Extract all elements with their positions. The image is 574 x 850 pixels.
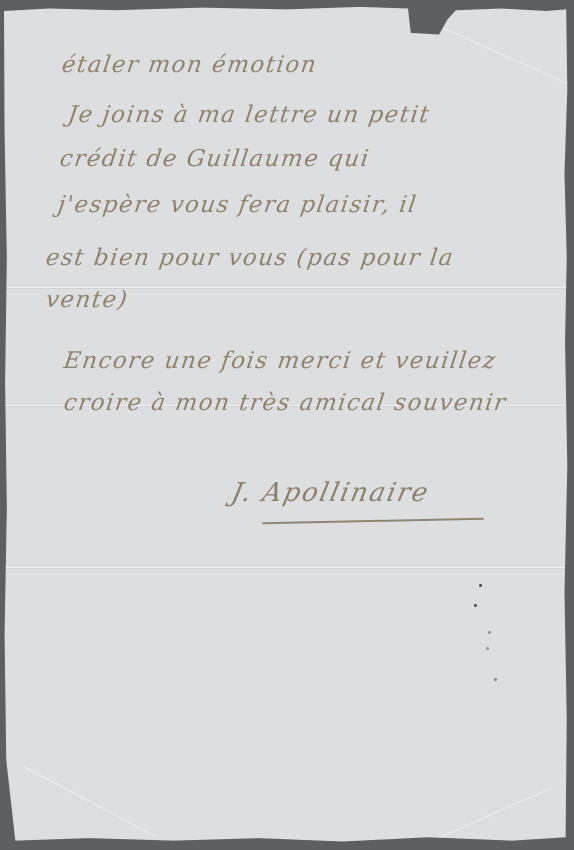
letter-line: crédit de Guillaume qui	[58, 146, 371, 172]
letter-line: vente)	[44, 287, 130, 313]
corner-crease	[444, 28, 572, 86]
corner-crease	[424, 787, 552, 845]
corner-crease	[24, 766, 157, 837]
fold-line	[4, 567, 569, 568]
paper-speck	[488, 631, 491, 634]
letter-line: étaler mon émotion	[60, 52, 319, 78]
letter-line: Encore une fois merci et veuillez	[62, 348, 498, 374]
letter-line: Je joins à ma lettre un petit	[66, 102, 432, 128]
paper-speck	[486, 647, 489, 650]
signature: J. Apollinaire	[229, 478, 433, 508]
letter-line: croire à mon très amical souvenir	[62, 390, 508, 416]
letter-line: est bien pour vous (pas pour la	[44, 245, 456, 271]
paper-speck	[479, 584, 482, 587]
letter-line: j'espère vous fera plaisir, il	[56, 192, 419, 218]
paper-speck	[474, 604, 477, 607]
letter-paper	[4, 6, 569, 844]
paper-speck	[494, 678, 497, 681]
